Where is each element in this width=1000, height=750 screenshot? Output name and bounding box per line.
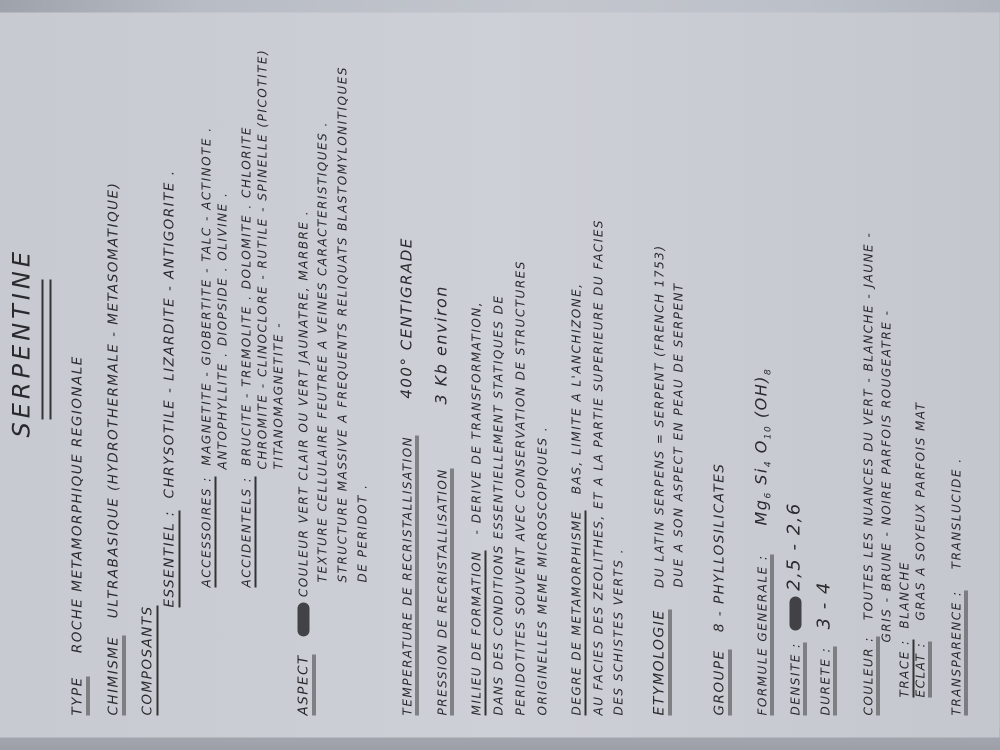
section-accidentels: ACCIDENTELS : BRUCITE - TREMOLITE . DOLO… — [240, 126, 257, 587]
section-etymologie: ETYMOLOGIE DU LATIN SERPENS = SERPENT (F… — [652, 244, 672, 715]
value-couleur-2: GRIS - BRUNE - NOIRE PARFOIS ROUGEATRE - — [880, 310, 894, 643]
value-degre-2: AU FACIES DES ZEOLITHES, ET A LA PARTIE … — [592, 219, 606, 716]
value-temperature: 400° CENTIGRADE — [398, 237, 416, 399]
label-accessoires: ACCESSOIRES : — [200, 476, 217, 587]
page-title: SERPENTINE — [8, 248, 36, 438]
label-densite: DENSITE : — [789, 642, 807, 715]
label-transparence: TRANSPARENCE : — [950, 590, 968, 715]
value-densite: 2,5 - 2,6 — [784, 502, 805, 591]
value-accidentels-3: TITANOMAGNETITE - — [272, 322, 286, 470]
value-trace: BLANCHE — [898, 561, 912, 629]
value-type: ROCHE METAMORPHIQUE REGIONALE — [70, 355, 86, 653]
crossed-out-mark — [790, 597, 802, 631]
value-degre: BAS, LIMITE A L'ANCHIZONE, — [570, 282, 584, 494]
label-milieu: MILIEU DE FORMATION — [470, 550, 487, 715]
label-composants: COMPOSANTS — [140, 605, 159, 715]
section-groupe: GROUPE 8 - PHYLLOSILICATES — [712, 463, 732, 716]
section-temperature: TEMPERATURE DE RECRISTALLISATION 400° CE… — [398, 237, 419, 715]
label-accidentels: ACCIDENTELS : — [240, 477, 257, 588]
label-degre: DEGRE DE METAMORPHISME — [570, 510, 587, 715]
value-chimisme: ULTRABASIQUE (HYDROTHERMALE - METASOMATI… — [106, 182, 122, 619]
label-temperature: TEMPERATURE DE RECRISTALLISATION — [401, 436, 419, 716]
section-durete: DURETE : 3 - 4 — [814, 581, 837, 715]
value-durete: 3 - 4 — [814, 581, 835, 629]
label-groupe: GROUPE — [712, 649, 732, 715]
value-degre-3: DES SCHISTES VERTS . — [612, 548, 626, 715]
value-transparence: TRANSLUCIDE . — [950, 457, 964, 569]
value-essentiel: CHRYSOTILE - LIZARDITE - ANTIGORITE . — [162, 169, 178, 498]
section-couleur: COULEUR : TOUTES LES NUANCES DU VERT - B… — [862, 232, 880, 716]
value-milieu-4: ORIGINELLES MEME MICROSCOPIQUES . — [536, 426, 550, 716]
value-eclat: GRAS A SOYEUX PARFOIS MAT — [914, 401, 928, 620]
value-milieu-2: DANS DES CONDITIONS ESSENTIELLEMENT STAT… — [492, 295, 506, 716]
value-aspect-3: STRUCTURE MASSIVE A FREQUENTS RELIQUATS … — [336, 66, 350, 582]
label-aspect: ASPECT — [296, 654, 316, 715]
section-type: TYPE ROCHE METAMORPHIQUE REGIONALE — [70, 355, 90, 715]
label-type: TYPE — [70, 676, 90, 715]
value-milieu: - DERIVE DE TRANSFORMATION, — [470, 301, 484, 535]
value-etymologie: DU LATIN SERPENS = SERPENT (FRENCH 1753) — [653, 244, 667, 588]
value-etymologie-2: DUE A SON ASPECT EN PEAU DE SERPENT — [672, 282, 686, 587]
section-chimisme: CHIMISME ULTRABASIQUE (HYDROTHERMALE - M… — [106, 182, 126, 716]
value-milieu-3: PERIDOTITES SOUVENT AVEC CONSERVATION DE… — [514, 260, 528, 715]
label-eclat: ECLAT : — [914, 642, 932, 698]
value-accessoires-2: ANTOPHYLLITE . DIOPSIDE . OLIVINE . — [216, 192, 230, 470]
section-eclat: ECLAT : GRAS A SOYEUX PARFOIS MAT — [914, 401, 932, 697]
chemical-formula: Mg6 Si4 O10 (OH)8 — [752, 368, 771, 526]
section-densite: DENSITE : 2,5 - 2,6 — [784, 502, 807, 715]
value-groupe: 8 - PHYLLOSILICATES — [712, 463, 728, 632]
value-aspect-2: TEXTURE CELLULAIRE FEUTREE A VEINES CARA… — [316, 121, 330, 582]
section-essentiel: ESSENTIEL : CHRYSOTILE - LIZARDITE - ANT… — [162, 169, 181, 607]
value-aspect: COULEUR VERT CLAIR OU VERT JAUNATRE, MAR… — [297, 210, 311, 597]
value-pression: 3 Kb environ — [432, 285, 451, 404]
value-couleur: TOUTES LES NUANCES DU VERT - BLANCHE - J… — [862, 232, 876, 620]
section-transparence: TRANSPARENCE : TRANSLUCIDE . — [950, 457, 968, 715]
value-accidentels: BRUCITE - TREMOLITE . DOLOMITE . CHLORIT… — [240, 126, 254, 466]
section-degre: DEGRE DE METAMORPHISME BAS, LIMITE A L'A… — [570, 282, 587, 715]
value-aspect-4: DE PERIDOT . — [356, 484, 370, 583]
section-formule: FORMULE GENERALE : Mg6 Si4 O10 (OH)8 — [752, 368, 774, 716]
label-essentiel: ESSENTIEL : — [162, 510, 181, 607]
scribble-mark — [298, 603, 310, 637]
label-durete: DURETE : — [819, 647, 837, 716]
section-composants: COMPOSANTS — [140, 605, 159, 715]
section-aspect: ASPECT COULEUR VERT CLAIR OU VERT JAUNAT… — [296, 210, 316, 716]
section-milieu: MILIEU DE FORMATION - DERIVE DE TRANSFOR… — [470, 301, 487, 716]
label-formule: FORMULE GENERALE : — [756, 554, 774, 715]
title-underline — [42, 280, 52, 420]
label-trace: TRACE : — [898, 639, 915, 697]
label-chimisme: CHIMISME — [106, 636, 126, 716]
section-accessoires: ACCESSOIRES : MAGNETITE - GIOBERTITE - T… — [200, 126, 217, 587]
value-accessoires: MAGNETITE - GIOBERTITE - TALC - ACTINOTE… — [200, 126, 214, 465]
label-etymologie: ETYMOLOGIE — [652, 609, 672, 715]
section-trace: TRACE : BLANCHE — [898, 561, 915, 697]
section-pression: PRESSION DE RECRISTALLISATION 3 Kb envir… — [432, 285, 454, 715]
value-accidentels-2: CHROMITE - CLINOCLORE - RUTILE - SPINELL… — [256, 49, 270, 470]
label-pression: PRESSION DE RECRISTALLISATION — [436, 468, 454, 715]
label-couleur: COULEUR : — [862, 636, 880, 715]
handwritten-page: SERPENTINE TYPE ROCHE METAMORPHIQUE REGI… — [0, 13, 1000, 738]
